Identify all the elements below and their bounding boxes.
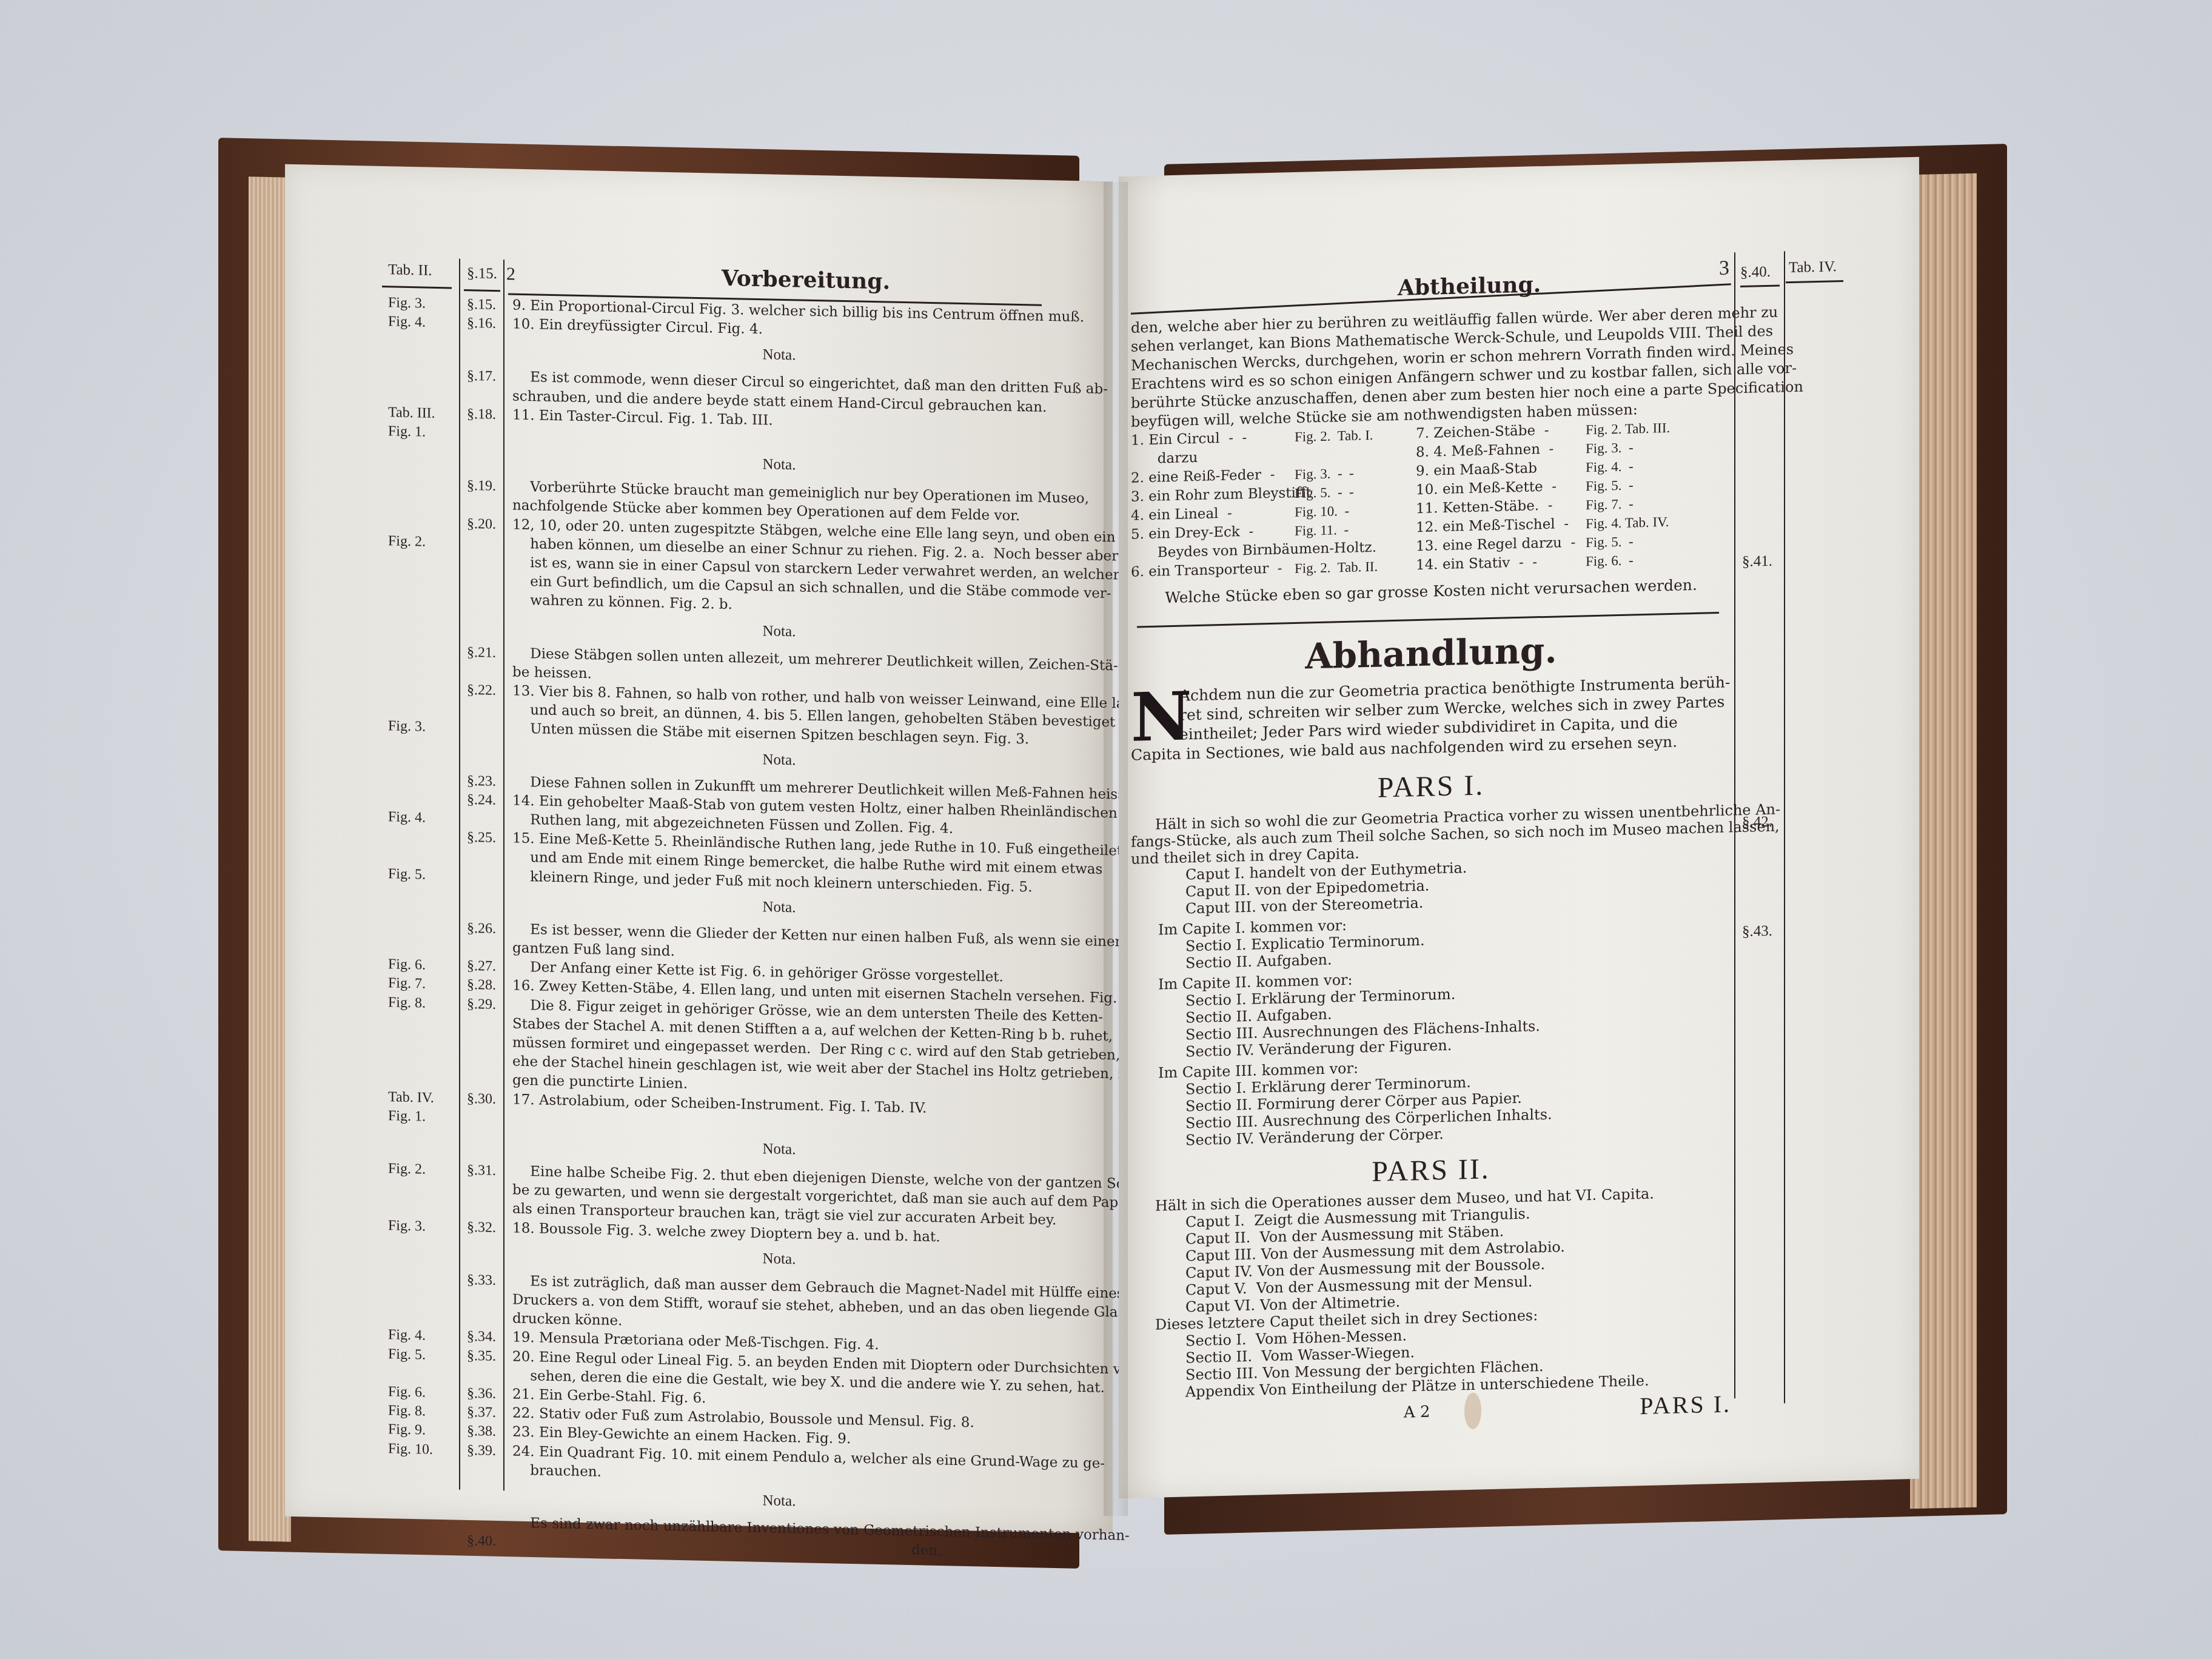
margin-figure-ref: Fig. 1. bbox=[388, 1108, 426, 1125]
spec-item-figure: Fig. 2. Tab. II. bbox=[1295, 557, 1378, 578]
margin-section-ref: §.20. bbox=[467, 516, 496, 533]
header-rule-margin bbox=[382, 286, 452, 289]
margin-section-ref: §.24. bbox=[467, 792, 496, 809]
spec-item-figure: Fig. 5. - bbox=[1586, 532, 1634, 552]
header-section-label: §.15. bbox=[467, 264, 497, 283]
spec-item-name: 5. ein Drey-Eck - bbox=[1131, 523, 1253, 545]
margin-figure-ref: Fig. 1. bbox=[388, 423, 426, 440]
margin-figure-ref: Fig. 6. bbox=[388, 956, 426, 973]
margin-section-43: §.43. bbox=[1742, 922, 1772, 941]
nota-heading: Nota. bbox=[512, 1487, 1046, 1515]
margin-section-ref: §.40. bbox=[467, 1533, 496, 1550]
body-text: gantzen Fuß lang sind. bbox=[512, 940, 675, 960]
section-divider bbox=[1137, 612, 1719, 628]
margin-section-ref: §.30. bbox=[467, 1091, 496, 1108]
nota-heading: Nota. bbox=[512, 893, 1046, 921]
margin-section-42: §.42. bbox=[1742, 813, 1772, 832]
margin-section-ref: §.31. bbox=[467, 1162, 496, 1179]
margin-figure-ref: Fig. 4. bbox=[388, 313, 426, 330]
margin-section-ref: §.36. bbox=[467, 1386, 496, 1403]
body-text: brauchen. bbox=[512, 1462, 602, 1480]
left-page-body: Fig. 3.§.15.9. Ein Proportional-Circul F… bbox=[285, 293, 1073, 309]
margin-section-ref: §.25. bbox=[467, 829, 496, 846]
header-tab-label: Tab. IV. bbox=[1789, 257, 1837, 277]
margin-figure-ref: Fig. 4. bbox=[388, 1327, 426, 1344]
margin-section-ref: §.16. bbox=[467, 315, 496, 332]
spec-item-figure: Fig. 11. - bbox=[1295, 520, 1349, 540]
nota-heading: Nota. bbox=[512, 1136, 1046, 1164]
margin-figure-ref: Fig. 2. bbox=[388, 533, 426, 550]
book-gutter bbox=[1104, 182, 1128, 1516]
margin-section-ref: §.22. bbox=[467, 682, 496, 699]
spec-item-name: 6. ein Transporteur - bbox=[1131, 560, 1282, 582]
margin-figure-ref: Fig. 5. bbox=[388, 866, 426, 883]
pars-1-title: PARS I. bbox=[1131, 762, 1731, 810]
right-page: Abtheilung. 3 §.40. Tab. IV. den, welche… bbox=[1119, 157, 1919, 1498]
page-footer: A 2 PARS I. bbox=[1131, 1395, 1731, 1446]
drop-cap: N bbox=[1131, 686, 1192, 748]
spec-item-figure: Fig. 4. Tab. IV. bbox=[1586, 512, 1669, 533]
spec-item-figure: Fig. 2. Tab. III. bbox=[1586, 418, 1670, 439]
spec-item-figure: Fig. 6. - bbox=[1586, 551, 1634, 571]
spec-item-name: 4. ein Lineal - bbox=[1131, 504, 1232, 526]
body-text: drucken könne. bbox=[512, 1311, 622, 1329]
margin-figure-ref: Tab. III. bbox=[388, 404, 435, 422]
margin-section-41: §.41. bbox=[1742, 552, 1772, 571]
spec-item-name: darzu bbox=[1131, 449, 1198, 469]
margin-section-ref: §.18. bbox=[467, 406, 496, 423]
header-rule-section bbox=[464, 289, 500, 292]
margin-figure-ref: Fig. 2. bbox=[388, 1161, 426, 1178]
margin-section-ref: §.33. bbox=[467, 1272, 496, 1289]
catchword: PARS I. bbox=[1640, 1389, 1731, 1420]
margin-section-ref: §.19. bbox=[467, 478, 496, 495]
margin-section-ref: §.28. bbox=[467, 977, 496, 994]
margin-figure-ref: Fig. 8. bbox=[388, 1403, 426, 1419]
body-text: gen die punctirte Linien. bbox=[512, 1073, 688, 1092]
margin-section-ref: §.34. bbox=[467, 1329, 496, 1346]
margin-figure-ref: Fig. 9. bbox=[388, 1422, 426, 1439]
intro-paragraph: den, welche aber hier zu berühren zu wei… bbox=[1131, 304, 1731, 431]
spec-item-figure: Fig. 5. - - bbox=[1295, 483, 1354, 503]
pars-2-content: Hält in sich die Operationes ausser dem … bbox=[1131, 1183, 1731, 1401]
margin-section-ref: §.15. bbox=[467, 297, 496, 313]
nota-heading: Nota. bbox=[512, 1245, 1046, 1273]
nota-heading: Nota. bbox=[512, 617, 1046, 645]
section-title: Abhandlung. bbox=[1131, 625, 1731, 681]
margin-figure-ref: Fig. 8. bbox=[388, 994, 426, 1011]
margin-section-ref: §.39. bbox=[467, 1443, 496, 1460]
margin-figure-ref: Fig. 3. bbox=[388, 295, 426, 312]
nota-heading: Nota. bbox=[512, 746, 1046, 774]
page-number: 2 bbox=[506, 264, 515, 283]
tab-column-rule bbox=[1784, 251, 1785, 1403]
margin-section-ref: §.32. bbox=[467, 1219, 496, 1236]
body-text: be heissen. bbox=[512, 664, 592, 682]
signature-mark: A 2 bbox=[1404, 1403, 1430, 1422]
pars-1-content: Hält in sich so wohl die zur Geometria P… bbox=[1131, 802, 1731, 1150]
margin-section-ref: §.29. bbox=[467, 996, 496, 1013]
margin-figure-ref: Fig. 10. bbox=[388, 1441, 433, 1458]
header-tab-label: Tab. II. bbox=[388, 260, 432, 280]
spec-item-figure: Fig. 3. - bbox=[1586, 438, 1634, 458]
page-number: 3 bbox=[1719, 259, 1729, 278]
spec-column-right: 7. Zeichen-Stäbe -Fig. 2. Tab. III.8. 4.… bbox=[1416, 417, 1731, 575]
nota-heading: Nota. bbox=[512, 341, 1046, 369]
margin-section-ref: §.27. bbox=[467, 958, 496, 975]
margin-section-ref: §.35. bbox=[467, 1348, 496, 1365]
header-rule-section bbox=[1740, 284, 1780, 287]
running-head: Vorbereitung. bbox=[722, 269, 890, 292]
spec-item-figure: Fig. 7. - bbox=[1586, 494, 1634, 514]
margin-section-ref: §.26. bbox=[467, 920, 496, 937]
spec-item-name: 14. ein Stativ - - bbox=[1416, 553, 1537, 575]
left-page: Tab. II. §.15. 2 Vorbereitung. Fig. 3.§.… bbox=[285, 164, 1113, 1534]
margin-figure-ref: Fig. 3. bbox=[388, 719, 426, 736]
margin-figure-ref: Fig. 5. bbox=[388, 1346, 426, 1363]
spec-item-figure: Fig. 10. - bbox=[1295, 501, 1349, 521]
margin-figure-ref: Fig. 7. bbox=[388, 976, 426, 993]
margin-section-ref: §.38. bbox=[467, 1423, 496, 1440]
header-rule-tab bbox=[1786, 280, 1843, 283]
spec-item-figure: Fig. 3. - - bbox=[1295, 464, 1354, 484]
spec-item-figure: Fig. 5. - bbox=[1586, 475, 1634, 495]
right-page-body: den, welche aber hier zu berühren zu wei… bbox=[1131, 304, 1731, 1446]
margin-figure-ref: Tab. IV. bbox=[388, 1089, 434, 1107]
spec-item-figure: Fig. 4. - bbox=[1586, 457, 1634, 477]
specification-list: 1. Ein Circul - -Fig. 2. Tab. I. darzu2.… bbox=[1131, 417, 1731, 589]
margin-figure-ref: Fig. 4. bbox=[388, 809, 426, 826]
right-page-edges bbox=[1910, 173, 1977, 1509]
abhandlung-paragraph: N Achdem nun die zur Geometria practica … bbox=[1131, 672, 1731, 765]
margin-section-ref: §.23. bbox=[467, 773, 496, 790]
margin-section-ref: §.17. bbox=[467, 368, 496, 385]
header-section-label: §.40. bbox=[1740, 263, 1771, 282]
margin-section-ref: §.37. bbox=[467, 1404, 496, 1421]
margin-figure-ref: Fig. 3. bbox=[388, 1218, 426, 1235]
spec-column-left: 1. Ein Circul - -Fig. 2. Tab. I. darzu2.… bbox=[1131, 424, 1416, 581]
margin-figure-ref: Fig. 6. bbox=[388, 1384, 426, 1401]
spec-item-figure: Fig. 2. Tab. I. bbox=[1295, 426, 1373, 446]
body-text: 21. Ein Gerbe-Stahl. Fig. 6. bbox=[512, 1387, 706, 1407]
nota-heading: Nota. bbox=[512, 451, 1046, 479]
spec-item-name: 9. ein Maaß-Stab bbox=[1416, 459, 1537, 481]
spec-item-name: 1. Ein Circul - - bbox=[1131, 429, 1247, 451]
margin-section-ref: §.21. bbox=[467, 645, 496, 662]
